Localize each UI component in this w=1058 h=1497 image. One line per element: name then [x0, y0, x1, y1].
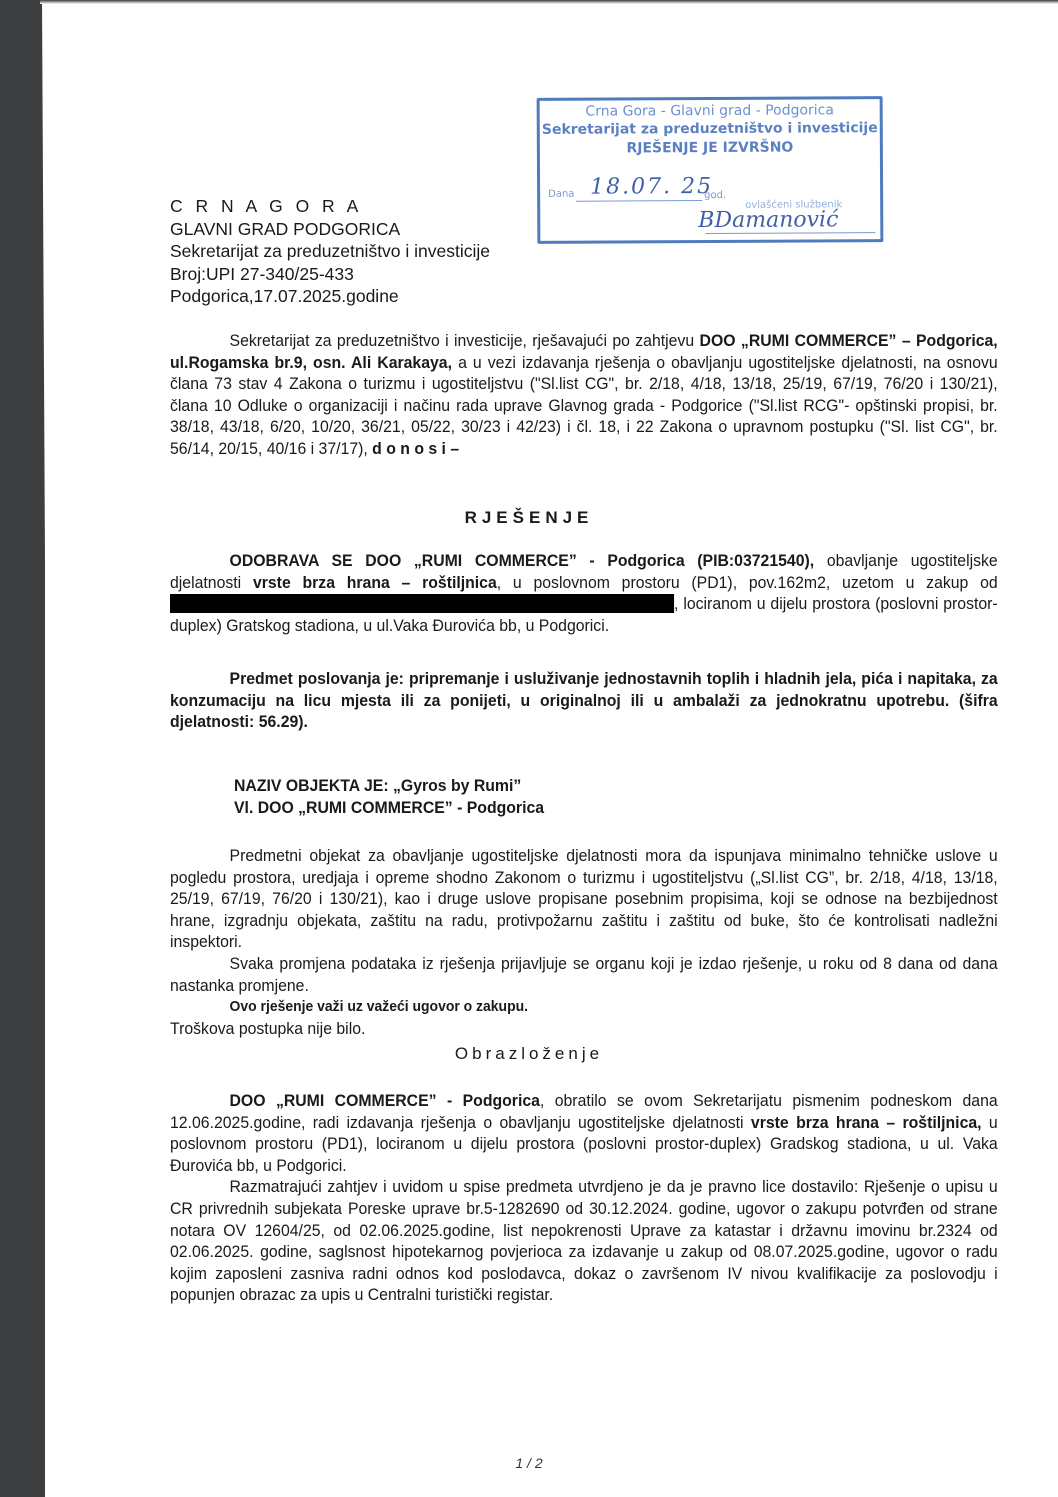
intro-donosi: d o n o s i –: [372, 439, 459, 458]
subject-paragraph: Predmet poslovanja je: pripremanje i usl…: [170, 668, 998, 733]
intro-text-a: Sekretarijat za preduzetništvo i investi…: [230, 331, 700, 350]
header-number: Broj:UPI 27-340/25-433: [170, 263, 490, 286]
stamp-line-3: RJEŠENJE JE IZVRŠNO: [540, 139, 880, 157]
stamp-line-2: Sekretarijat za preduzetništvo i investi…: [540, 120, 880, 138]
decision-paragraph: ODOBRAVA SE DOO „RUMI COMMERCE” - Podgor…: [170, 550, 998, 636]
header-department: Sekretarijat za preduzetništvo i investi…: [170, 240, 490, 263]
intro-paragraph: Sekretarijat za preduzetništvo i investi…: [170, 330, 998, 460]
section-title-resenje: RJEŠENJE: [0, 508, 1058, 528]
conditions-block: Predmetni objekat za obavljanje ugostite…: [170, 845, 998, 1039]
decision-approval: ODOBRAVA SE DOO „RUMI COMMERCE” - Podgor…: [230, 551, 815, 570]
object-name: NAZIV OBJEKTA JE: „Gyros by Rumi”: [234, 775, 885, 797]
object-owner: Vl. DOO „RUMI COMMERCE” - Podgorica: [234, 797, 885, 819]
stamp-date-value: 18.07. 25: [590, 174, 713, 200]
stamp-line-1: Crna Gora - Glavni grad - Podgorica: [540, 102, 880, 120]
stamp-date-underline: [576, 200, 702, 202]
stamp-signature-line: [705, 232, 875, 234]
document-header: C R N A G O R A GLAVNI GRAD PODGORICA Se…: [170, 195, 490, 308]
page-indicator: 1 / 2: [0, 1455, 1058, 1471]
official-stamp: Crna Gora - Glavni grad - Podgorica Sekr…: [537, 96, 884, 244]
stamp-signature: BDamanović: [698, 207, 838, 233]
conditions-p2: Svaka promjena podataka iz rješenja prij…: [170, 953, 998, 996]
section-title-obrazlozenje: Obrazloženje: [0, 1044, 1058, 1064]
explanation-block: DOO „RUMI COMMERCE” - Podgorica, obratil…: [170, 1090, 998, 1306]
document-page: Crna Gora - Glavni grad - Podgorica Sekr…: [0, 0, 1058, 1497]
explanation-applicant: DOO „RUMI COMMERCE” - Podgorica: [230, 1091, 540, 1110]
conditions-validity: Ovo rješenje važi uz važeći ugovor o zak…: [170, 996, 998, 1018]
object-block: NAZIV OBJEKTA JE: „Gyros by Rumi” Vl. DO…: [234, 775, 885, 818]
stamp-year-label: god.: [704, 190, 726, 201]
decision-activity-type: vrste brza hrana – roštiljnica: [253, 573, 497, 592]
conditions-p1: Predmetni objekat za obavljanje ugostite…: [170, 845, 998, 953]
conditions-costs: Troškova postupka nije bilo.: [170, 1018, 998, 1040]
explanation-p2: Razmatrajući zahtjev i uvidom u spise pr…: [170, 1176, 998, 1306]
decision-text-d: , u poslovnom prostoru (PD1), pov.162m2,…: [497, 573, 998, 592]
header-place-date: Podgorica,17.07.2025.godine: [170, 285, 490, 308]
header-country: C R N A G O R A: [170, 195, 490, 218]
explanation-activity-type: vrste brza hrana – roštiljnica,: [751, 1113, 982, 1132]
stamp-date-label: Dana: [548, 189, 574, 200]
redacted-lessor: [170, 594, 674, 613]
subject-text: Predmet poslovanja je: pripremanje i usl…: [170, 668, 998, 733]
header-city: GLAVNI GRAD PODGORICA: [170, 218, 490, 241]
